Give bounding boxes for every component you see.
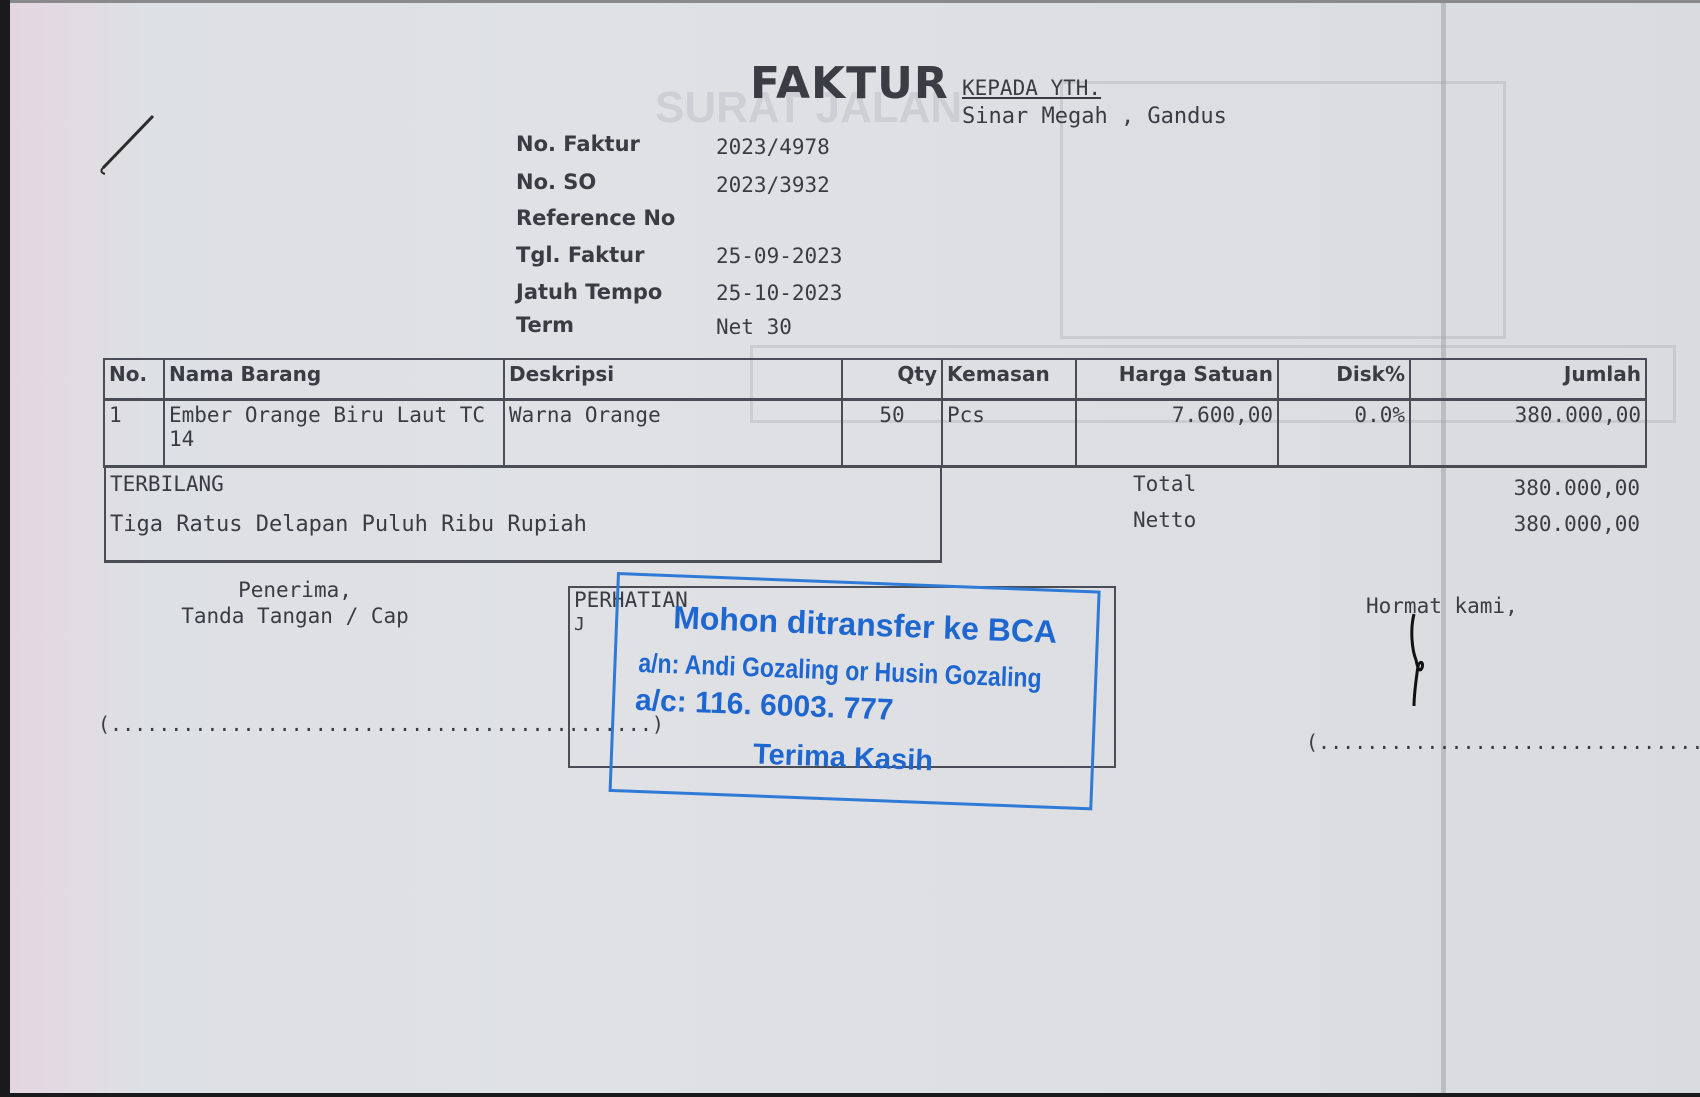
recipient-name: Sinar Megah , Gandus	[962, 104, 1227, 129]
cell-qty: 50	[842, 400, 942, 467]
header-kemasan: Kemasan	[942, 359, 1076, 400]
header-qty: Qty	[842, 359, 942, 400]
meta-value-term: Net 30	[716, 315, 792, 339]
meta-label-term: Term	[516, 313, 574, 337]
receiver-line1: Penerima,	[150, 578, 440, 602]
netto-value: 380.000,00	[1514, 512, 1640, 536]
cell-jumlah: 380.000,00	[1410, 400, 1646, 467]
stamp-line3: a/c: 116. 6003. 777	[634, 684, 894, 728]
signature-icon	[1400, 610, 1440, 710]
staple-icon	[95, 110, 165, 175]
sender-signature-line: (.................................)	[1306, 730, 1700, 754]
cell-deskripsi: Warna Orange	[504, 400, 842, 467]
header-harga-satuan: Harga Satuan	[1076, 359, 1278, 400]
perhatian-sub: J	[574, 614, 585, 635]
meta-value-tgl-faktur: 25-09-2023	[716, 244, 842, 268]
terbilang-box: TERBILANG Tiga Ratus Delapan Puluh Ribu …	[104, 466, 942, 563]
header-nama-barang: Nama Barang	[164, 359, 504, 400]
netto-label: Netto	[1133, 508, 1196, 532]
meta-label-no-faktur: No. Faktur	[516, 132, 640, 156]
meta-value-jatuh-tempo: 25-10-2023	[716, 281, 842, 305]
meta-value-no-so: 2023/3932	[716, 173, 830, 197]
receiver-line2: Tanda Tangan / Cap	[150, 604, 440, 628]
header-no: No.	[104, 359, 164, 400]
header-deskripsi: Deskripsi	[504, 359, 842, 400]
cell-kemasan: Pcs	[942, 400, 1076, 467]
total-value: 380.000,00	[1514, 476, 1640, 500]
terbilang-label: TERBILANG	[110, 472, 224, 496]
header-disk: Disk%	[1278, 359, 1410, 400]
cell-harga-satuan: 7.600,00	[1076, 400, 1278, 467]
document-title: FAKTUR	[750, 58, 949, 109]
meta-label-jatuh-tempo: Jatuh Tempo	[516, 280, 662, 304]
meta-value-no-faktur: 2023/4978	[716, 135, 830, 159]
stamp-line4: Terima Kasih	[752, 738, 933, 778]
recipient-label: KEPADA YTH.	[962, 76, 1101, 100]
cell-no: 1	[104, 400, 164, 467]
meta-label-reference-no: Reference No	[516, 206, 675, 230]
meta-label-no-so: No. SO	[516, 170, 596, 194]
table-header-row: No. Nama Barang Deskripsi Qty Kemasan Ha…	[104, 359, 1646, 400]
paper-fold	[1441, 3, 1446, 1093]
items-table: No. Nama Barang Deskripsi Qty Kemasan Ha…	[103, 358, 1647, 468]
terbilang-value: Tiga Ratus Delapan Puluh Ribu Rupiah	[110, 512, 587, 537]
stamp-line1: Mohon ditransfer ke BCA	[673, 599, 1058, 651]
table-row: 1 Ember Orange Biru Laut TC 14 Warna Ora…	[104, 400, 1646, 467]
header-jumlah: Jumlah	[1410, 359, 1646, 400]
cell-disk: 0.0%	[1278, 400, 1410, 467]
sender-line1: Hormat kami,	[1366, 594, 1518, 618]
total-label: Total	[1133, 472, 1196, 496]
meta-label-tgl-faktur: Tgl. Faktur	[516, 243, 644, 267]
cell-nama-barang: Ember Orange Biru Laut TC 14	[164, 400, 504, 467]
bank-transfer-stamp: Mohon ditransfer ke BCA a/n: Andi Gozali…	[609, 572, 1101, 810]
